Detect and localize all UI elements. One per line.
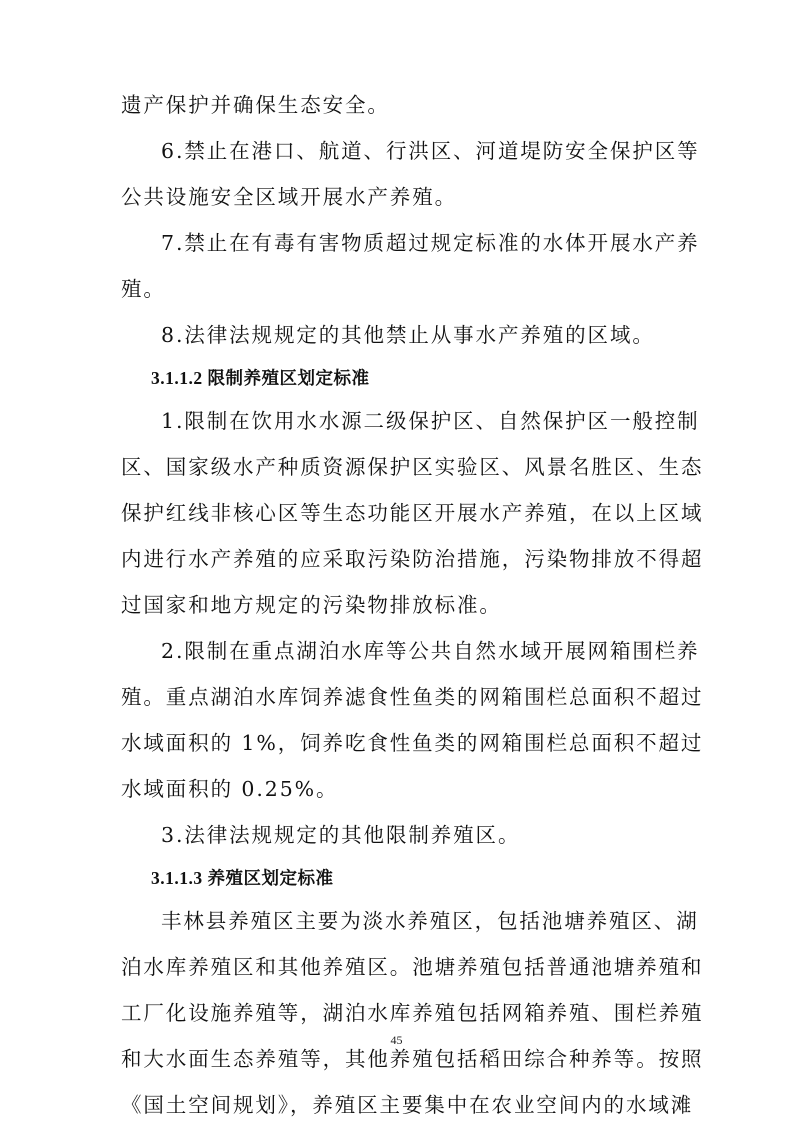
- restricted-item-1-line-4: 内进行水产养殖的应采取污染防治措施，污染物排放不得超: [121, 536, 673, 582]
- restricted-item-2-line-1: 2.限制在重点湖泊水库等公共自然水域开展网箱围栏养: [121, 628, 673, 674]
- paragraph-line: 遗产保护并确保生态安全。: [121, 82, 673, 128]
- section-heading-3-1-1-3: 3.1.1.3 养殖区划定标准: [121, 858, 673, 898]
- aquaculture-paragraph-line-1: 丰林县养殖区主要为淡水养殖区，包括池塘养殖区、湖: [121, 898, 673, 944]
- restricted-item-2-line-4: 水域面积的 0.25%。: [121, 766, 673, 812]
- restricted-item-1-line-1: 1.限制在饮用水水源二级保护区、自然保护区一般控制: [121, 398, 673, 444]
- aquaculture-paragraph-line-3: 工厂化设施养殖等，湖泊水库养殖包括网箱养殖、围栏养殖: [121, 990, 673, 1036]
- restricted-item-3: 3.法律法规规定的其他限制养殖区。: [121, 812, 673, 858]
- restricted-item-1-line-2: 区、国家级水产种质资源保护区实验区、风景名胜区、生态: [121, 444, 673, 490]
- restricted-item-2-line-2: 殖。重点湖泊水库饲养滤食性鱼类的网箱围栏总面积不超过: [121, 674, 673, 720]
- restricted-item-2-line-3: 水域面积的 1%，饲养吃食性鱼类的网箱围栏总面积不超过: [121, 720, 673, 766]
- list-item-7-line-2: 殖。: [121, 266, 673, 312]
- aquaculture-paragraph-line-5: 《国土空间规划》，养殖区主要集中在农业空间内的水域滩: [121, 1082, 673, 1122]
- list-item-6-line-2: 公共设施安全区域开展水产养殖。: [121, 174, 673, 220]
- page-number: 45: [0, 1033, 793, 1048]
- restricted-item-1-line-3: 保护红线非核心区等生态功能区开展水产养殖，在以上区域: [121, 490, 673, 536]
- list-item-7-line-1: 7.禁止在有毒有害物质超过规定标准的水体开展水产养: [121, 220, 673, 266]
- document-page: 遗产保护并确保生态安全。 6.禁止在港口、航道、行洪区、河道堤防安全保护区等 公…: [121, 82, 673, 1122]
- aquaculture-paragraph-line-2: 泊水库养殖区和其他养殖区。池塘养殖包括普通池塘养殖和: [121, 944, 673, 990]
- list-item-6-line-1: 6.禁止在港口、航道、行洪区、河道堤防安全保护区等: [121, 128, 673, 174]
- section-heading-3-1-1-2: 3.1.1.2 限制养殖区划定标准: [121, 358, 673, 398]
- list-item-8: 8.法律法规规定的其他禁止从事水产养殖的区域。: [121, 312, 673, 358]
- restricted-item-1-line-5: 过国家和地方规定的污染物排放标准。: [121, 582, 673, 628]
